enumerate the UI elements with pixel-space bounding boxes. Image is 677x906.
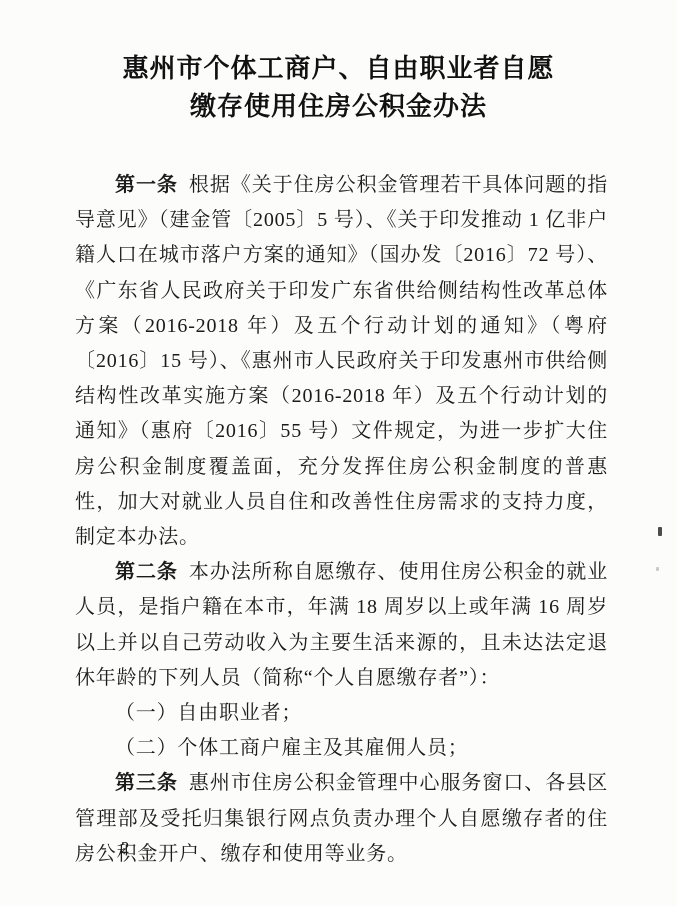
title-line-1: 惠州市个体工商户、自由职业者自愿 [0, 50, 677, 88]
paragraph-article-1: 第一条根据《关于住房公积金管理若干具体问题的指导意见》（建金管〔2005〕5 号… [75, 168, 608, 555]
paragraph-article-3: 第三条惠州市住房公积金管理中心服务窗口、各县区管理部及受托归集银行网点负责办理个… [75, 766, 608, 872]
title-line-2: 缴存使用住房公积金办法 [0, 88, 677, 126]
article-2-lead: 第二条 [115, 561, 178, 583]
list-item-2: （二）个体工商户雇主及其雇佣人员； [75, 731, 608, 766]
article-1-text: 根据《关于住房公积金管理若干具体问题的指导意见》（建金管〔2005〕5 号）、《… [75, 174, 608, 548]
scanned-document-page: 惠州市个体工商户、自由职业者自愿 缴存使用住房公积金办法 第一条根据《关于住房公… [0, 0, 677, 906]
list-item-1-text: （一）自由职业者； [115, 702, 302, 724]
list-item-1: （一）自由职业者； [75, 696, 608, 731]
page-number: - 2 - [101, 838, 154, 858]
scan-speck-artifact [658, 527, 662, 536]
scan-speck-artifact-faint [656, 567, 659, 571]
document-body: 第一条根据《关于住房公积金管理若干具体问题的指导意见》（建金管〔2005〕5 号… [75, 168, 608, 872]
article-3-lead: 第三条 [115, 772, 178, 794]
document-title: 惠州市个体工商户、自由职业者自愿 缴存使用住房公积金办法 [0, 0, 677, 126]
paragraph-article-2: 第二条本办法所称自愿缴存、使用住房公积金的就业人员，是指户籍在本市，年满 18 … [75, 555, 608, 696]
article-1-lead: 第一条 [115, 174, 178, 196]
list-item-2-text: （二）个体工商户雇主及其雇佣人员； [115, 737, 469, 759]
